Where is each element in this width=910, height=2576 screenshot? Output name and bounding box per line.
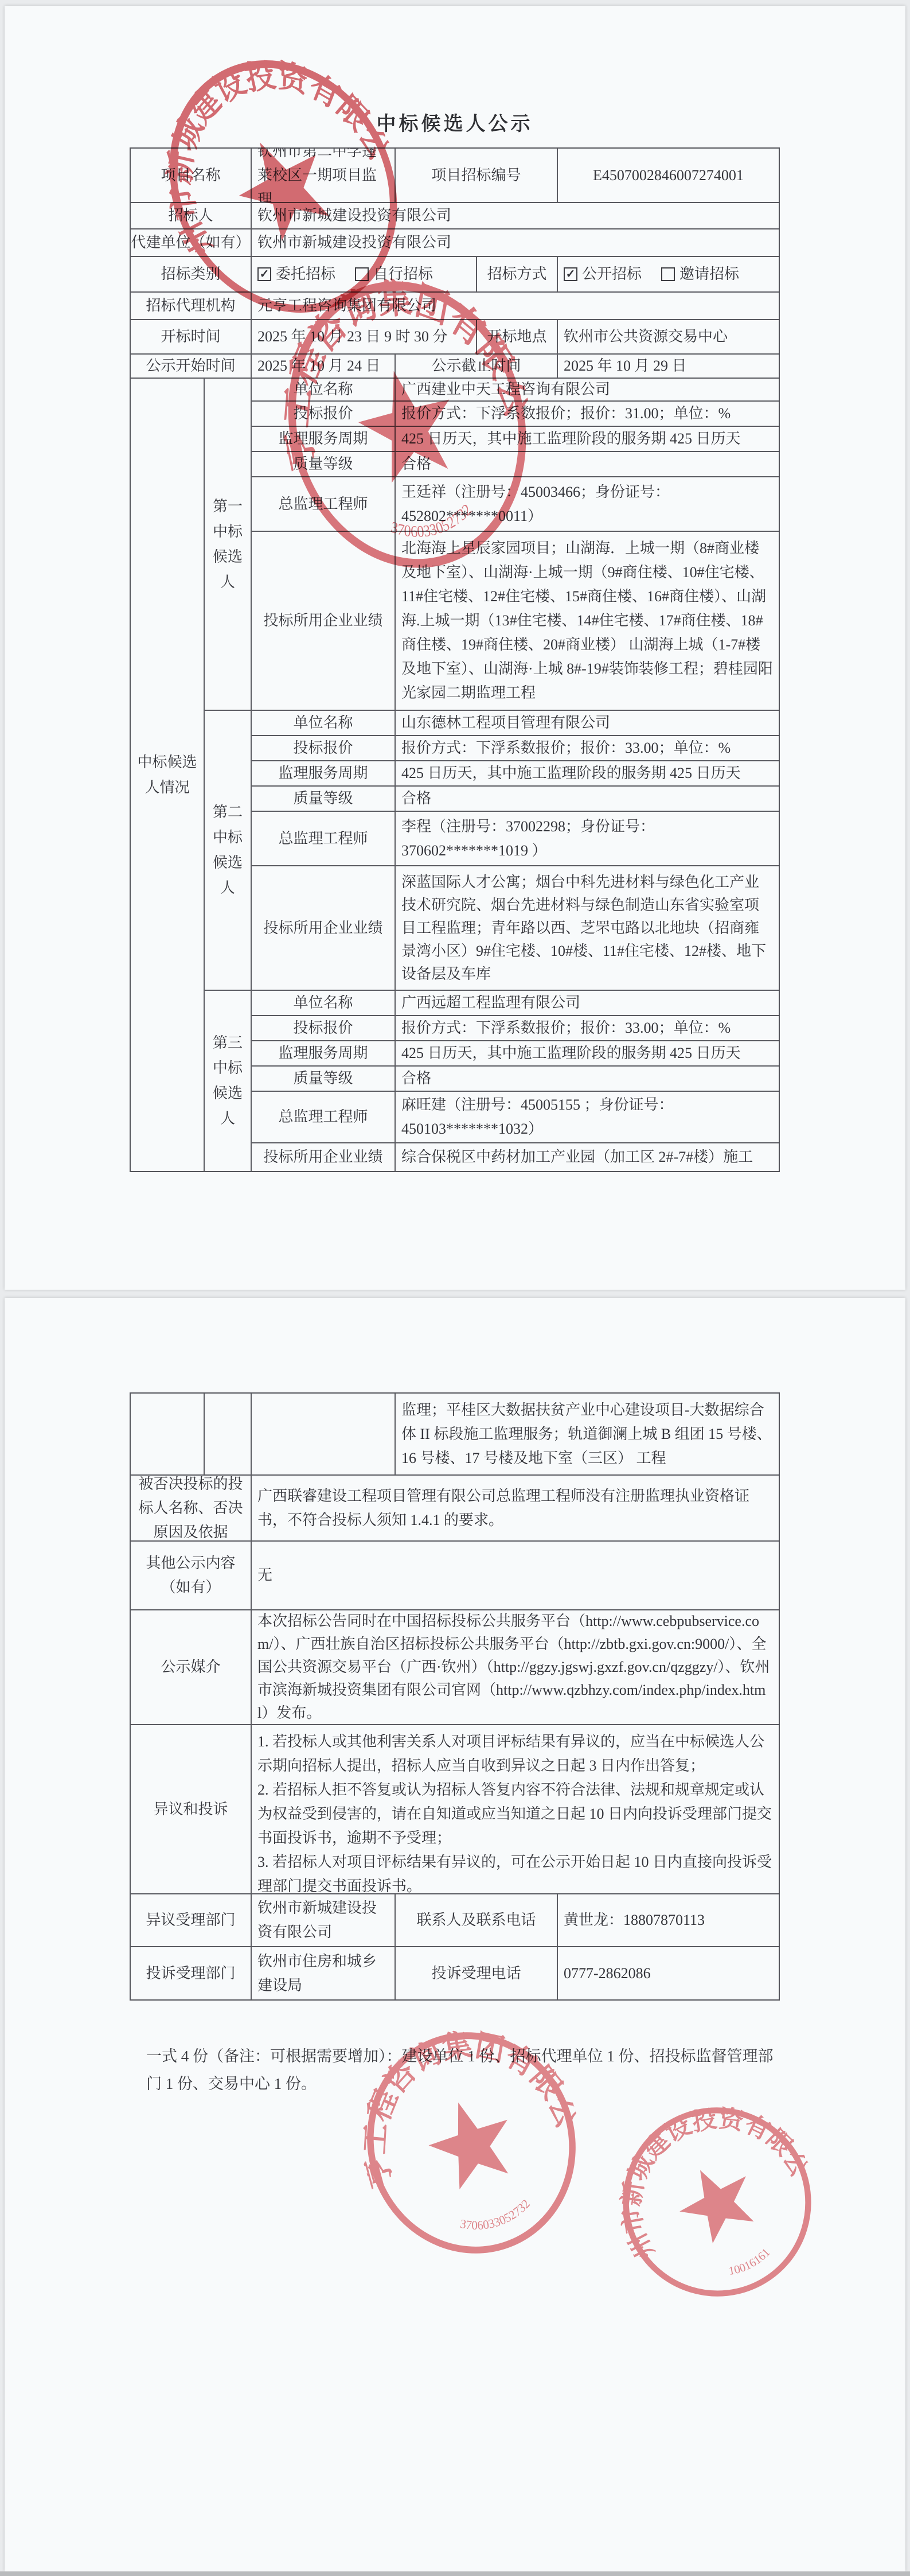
checkbox-invited-mark-icon <box>661 267 675 281</box>
candidates-section-label-text: 中标候选人情况 <box>135 750 200 800</box>
service-period-label: 监理服务周期 <box>252 761 396 785</box>
bid-number-value: E4507002846007274001 <box>558 149 779 202</box>
publicity-media-value: 本次招标公告同时在中国招标投标公共服务平台（http://www.cebpubs… <box>252 1610 779 1724</box>
candidate-2-row-price: 投标报价 报价方式：下浮系数报价；报价：33.00；单位：% <box>252 736 779 761</box>
candidate-3-achievement-part1: 综合保税区中药材加工产业园（加工区 2#-7#楼）施工 <box>396 1143 779 1171</box>
candidate-3-row-engineer: 总监理工程师 麻旺建（注册号：45005155 ；身份证号：450103****… <box>252 1092 779 1143</box>
star-icon <box>419 2089 523 2194</box>
bid-candidates-table-continued: 监理；平桂区大数据扶贫产业中心建设项目-大数据综合体 II 标段施工监理服务；轨… <box>130 1392 780 2001</box>
rejected-bidders-value: 广西联睿建设工程项目管理有限公司总监理工程师没有注册监理执业资格证书，不符合投标… <box>252 1476 779 1540</box>
complaint-dept-value: 钦州市住房和城乡建设局 <box>252 1947 396 1999</box>
candidate-2-block: 第二中标候选人 单位名称 山东德林工程项目管理有限公司 投标报价 报价方式：下浮… <box>205 711 779 991</box>
candidate-3-rank-text: 第三中标候选人 <box>212 1030 244 1131</box>
candidate-3-rank: 第三中标候选人 <box>205 991 252 1171</box>
candidate-3-quality: 合格 <box>396 1067 779 1091</box>
bid-opening-place-value: 钦州市公共资源交易中心 <box>558 320 779 353</box>
row-rejected-bidders: 被否决投标的投标人名称、否决原因及依据 广西联睿建设工程项目管理有限公司总监理工… <box>131 1476 779 1542</box>
row-objection-dept: 异议受理部门 钦州市新城建设投资有限公司 联系人及联系电话 黄世龙：188078… <box>131 1894 779 1947</box>
rejected-bidders-label: 被否决投标的投标人名称、否决原因及依据 <box>131 1476 252 1540</box>
row-publicity-media: 公示媒介 本次招标公告同时在中国招标投标公共服务平台（http://www.ce… <box>131 1610 779 1725</box>
candidate-2-unit: 山东德林工程项目管理有限公司 <box>396 711 779 735</box>
checkbox-invited-bidding: 邀请招标 <box>661 263 739 286</box>
objection-item-2: 2. 若招标人拒不答复或认为招标人答复内容不符合法律、法规和规章规定或认为权益受… <box>257 1778 773 1850</box>
candidate-3-unit: 广西远超工程监理有限公司 <box>396 991 779 1015</box>
checkbox-open-label: 公开招标 <box>582 263 642 286</box>
candidate-2-row-engineer: 总监理工程师 李程（注册号：37002298；身份证号：370602******… <box>252 812 779 866</box>
row-complaint-dept: 投诉受理部门 钦州市住房和城乡建设局 投诉受理电话 0777-2862086 <box>131 1947 779 1999</box>
empty-label-cell <box>252 1394 396 1474</box>
candidate-2-quality: 合格 <box>396 787 779 811</box>
objection-item-1: 1. 若投标人或其他利害关系人对项目评标结果有异议的，应当在中标候选人公示期向招… <box>257 1730 773 1778</box>
candidate-2-row-period: 监理服务周期 425 日历天，其中施工监理阶段的服务期 425 日历天 <box>252 761 779 787</box>
candidate-2-row-quality: 质量等级 合格 <box>252 787 779 812</box>
candidate-3-row-unit: 单位名称 广西远超工程监理有限公司 <box>252 991 779 1016</box>
other-content-value: 无 <box>252 1542 779 1609</box>
candidate-1-rank-text: 第一中标候选人 <box>212 494 244 595</box>
chief-engineer-label: 总监理工程师 <box>252 1092 396 1142</box>
row-objection-complaint: 异议和投诉 1. 若投标人或其他利害关系人对项目评标结果有异议的，应当在中标候选… <box>131 1725 779 1894</box>
candidate-2-fields: 单位名称 山东德林工程项目管理有限公司 投标报价 报价方式：下浮系数报价；报价：… <box>252 711 779 990</box>
candidate-2-row-achievement: 投标所用企业业绩 深蓝国际人才公寓；烟台中科先进材料与绿色化工产业技术研究院、烟… <box>252 866 779 990</box>
candidate-3-achievement-part2: 监理；平桂区大数据扶贫产业中心建设项目-大数据综合体 II 标段施工监理服务；轨… <box>396 1394 779 1474</box>
candidate-3-row-price: 投标报价 报价方式：下浮系数报价；报价：33.00；单位：% <box>252 1016 779 1041</box>
bid-price-label: 投标报价 <box>252 1016 396 1040</box>
candidates-section-label: 中标候选人情况 <box>131 379 205 1171</box>
objection-complaint-label: 异议和投诉 <box>131 1725 252 1893</box>
bid-method-options: ✓ 公开招标 邀请招标 <box>558 257 779 291</box>
checkbox-invited-label: 邀请招标 <box>679 263 739 286</box>
publicity-media-label: 公示媒介 <box>131 1610 252 1724</box>
scanned-document: 中标候选人公示 项目名称 钦州市第二中学蓬莱校区一期项目监理 项目招标编号 E4… <box>0 0 910 2576</box>
candidate-3-engineer: 麻旺建（注册号：45005155 ；身份证号：450103*******1032… <box>396 1092 779 1142</box>
objection-item-3: 3. 若招标人对项目评标结果有异议的，可在公示开始日起 10 日内直接向投诉受理… <box>257 1850 773 1893</box>
candidate-2-rank-text: 第二中标候选人 <box>212 800 244 901</box>
candidate-3-fields: 单位名称 广西远超工程监理有限公司 投标报价 报价方式：下浮系数报价；报价：33… <box>252 991 779 1171</box>
complaint-dept-label: 投诉受理部门 <box>131 1947 252 1999</box>
candidate-2-row-unit: 单位名称 山东德林工程项目管理有限公司 <box>252 711 779 736</box>
candidate-3-block: 第三中标候选人 单位名称 广西远超工程监理有限公司 投标报价 报价方式：下浮系数… <box>205 991 779 1171</box>
candidate-3-row-quality: 质量等级 合格 <box>252 1067 779 1092</box>
star-icon <box>348 360 465 487</box>
objection-dept-label: 异议受理部门 <box>131 1894 252 1946</box>
other-content-label: 其他公示内容（如有） <box>131 1542 252 1609</box>
publicity-start-label: 公示开始时间 <box>131 355 252 378</box>
quality-grade-label: 质量等级 <box>252 1067 396 1091</box>
star-icon <box>667 2153 767 2250</box>
candidate-2-achievement: 深蓝国际人才公寓；烟台中科先进材料与绿色化工产业技术研究院、烟台先进材料与绿色制… <box>396 866 779 990</box>
candidate-3-price: 报价方式：下浮系数报价；报价：33.00；单位：% <box>396 1016 779 1040</box>
candidate-2-price: 报价方式：下浮系数报价；报价：33.00；单位：% <box>396 736 779 760</box>
candidate-2-rank: 第二中标候选人 <box>205 711 252 990</box>
bid-price-label: 投标报价 <box>252 736 396 760</box>
quality-grade-label: 质量等级 <box>252 787 396 811</box>
complaint-phone-label: 投诉受理电话 <box>396 1947 558 1999</box>
candidate-3-row-period: 监理服务周期 425 日历天，其中施工监理阶段的服务期 425 日历天 <box>252 1041 779 1067</box>
publicity-end-value: 2025 年 10 月 29 日 <box>558 355 779 378</box>
seal-number-text: 3706033052732 <box>386 499 478 549</box>
candidate-2-period: 425 日历天，其中施工监理阶段的服务期 425 日历天 <box>396 761 779 785</box>
star-icon <box>221 122 343 249</box>
achievement-label: 投标所用企业业绩 <box>252 866 396 990</box>
candidate-3-row-achievement: 投标所用企业业绩 综合保税区中药材加工产业园（加工区 2#-7#楼）施工 <box>252 1143 779 1171</box>
chief-engineer-label: 总监理工程师 <box>252 812 396 865</box>
objection-complaint-value: 1. 若投标人或其他利害关系人对项目评标结果有异议的，应当在中标候选人公示期向招… <box>252 1725 779 1893</box>
candidate-3-period: 425 日历天，其中施工监理阶段的服务期 425 日历天 <box>396 1041 779 1065</box>
objection-dept-value: 钦州市新城建设投资有限公司 <box>252 1894 396 1946</box>
complaint-phone-value: 0777-2862086 <box>558 1947 779 1999</box>
achievement-label: 投标所用企业业绩 <box>252 1143 396 1171</box>
bid-number-label: 项目招标编号 <box>396 149 558 202</box>
row-other-content: 其他公示内容（如有） 无 <box>131 1542 779 1610</box>
checkbox-open-mark-icon: ✓ <box>564 267 577 281</box>
contact-value: 黄世龙：18807870113 <box>558 1894 779 1946</box>
candidate-1-rank: 第一中标候选人 <box>205 379 252 710</box>
candidate-2-engineer: 李程（注册号：37002298；身份证号：370602*******1019 ） <box>396 812 779 865</box>
service-period-label: 监理服务周期 <box>252 1041 396 1065</box>
unit-name-label: 单位名称 <box>252 711 396 735</box>
empty-rank-cell <box>205 1394 252 1474</box>
unit-name-label: 单位名称 <box>252 991 396 1015</box>
checkbox-open-bidding: ✓ 公开招标 <box>564 263 642 286</box>
empty-section-cell <box>131 1394 205 1474</box>
candidate-3-achievement-continuation-row: 监理；平桂区大数据扶贫产业中心建设项目-大数据综合体 II 标段施工监理服务；轨… <box>131 1394 779 1476</box>
contact-label: 联系人及联系电话 <box>396 1894 558 1946</box>
scan-edge-shadow <box>0 2571 910 2576</box>
